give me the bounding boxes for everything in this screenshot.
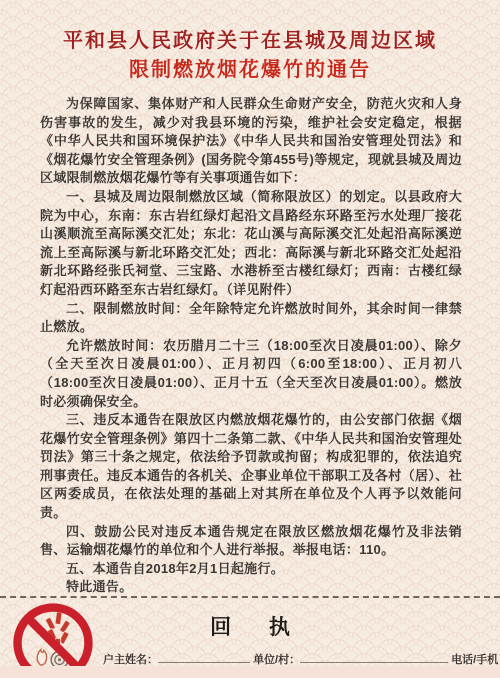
notice-body: 为保障国家、集体财产和人民群众生命财产安全，防范火灾和人身伤害事故的发生，减少对… — [40, 95, 462, 597]
paragraph-item4-report: 四、鼓励公民对违反本通告规定在限放区燃放烟花爆竹及非法销售、运输烟花爆竹的单位和… — [40, 523, 462, 560]
bottom-edge-strip — [0, 666, 500, 678]
paragraph-intro: 为保障国家、集体财产和人民群众生命财产安全，防范火灾和人身伤害事故的发生，减少对… — [40, 95, 462, 188]
notice-title-line2: 限制燃放烟花爆竹的通告 — [0, 57, 500, 83]
householder-name-blank — [158, 652, 250, 663]
phone-label: 电话/手机： — [451, 654, 500, 666]
unit-village-label: 单位/村： — [253, 654, 300, 666]
paragraph-item3-penalty: 三、违反本通告在限放区内燃放烟花爆竹的，由公安部门依据《烟花爆竹安全管理条例》第… — [40, 411, 462, 523]
paragraph-item1-zone: 一、县城及周边限制燃放区域（简称限放区）的划定。以县政府大院为中心，东南：东古岩… — [40, 188, 462, 300]
paragraph-closing: 特此通告。 — [40, 578, 462, 597]
receipt-fields: 户主姓名： 单位/村： 电话/手机： — [103, 651, 480, 667]
notice-title: 平和县人民政府关于在县城及周边区域 限制燃放烟花爆竹的通告 — [0, 28, 500, 83]
receipt-section: 回 执 户主姓名： 单位/村： 电话/手机： — [0, 598, 500, 678]
notice-content: 为保障国家、集体财产和人民群众生命财产安全，防范火灾和人身伤害事故的发生，减少对… — [0, 95, 500, 600]
paragraph-item5-effective: 五、本通告自2018年2月1日起施行。 — [40, 560, 462, 579]
paragraph-item2-time: 二、限制燃放时间：全年除特定允许燃放时间外，其余时间一律禁止燃放。 — [40, 300, 462, 337]
paragraph-allowed-times: 允许燃放时间：农历腊月二十三（18:00至次日凌晨01:00）、除夕（全天至次日… — [40, 337, 462, 411]
notice-page: 平和县人民政府关于在县城及周边区域 限制燃放烟花爆竹的通告 为保障国家、集体财产… — [0, 0, 500, 678]
householder-name-label: 户主姓名： — [103, 654, 158, 666]
notice-title-line1: 平和县人民政府关于在县城及周边区域 — [0, 28, 500, 54]
unit-village-blank — [300, 652, 448, 663]
